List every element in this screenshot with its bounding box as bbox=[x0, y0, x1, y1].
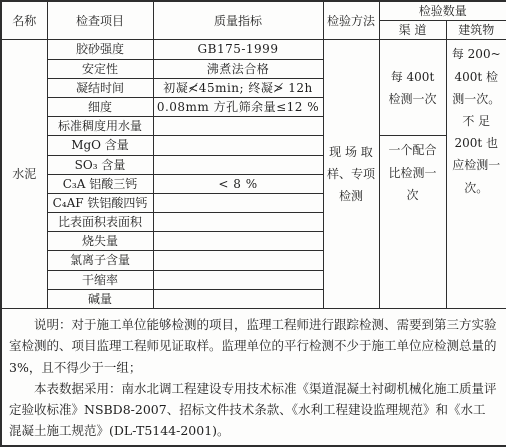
cell-item: 干缩率 bbox=[47, 270, 153, 289]
table-header: 名称 检查项目 质量指标 检验方法 检验数量 渠 道 建筑物 bbox=[1, 1, 506, 40]
cell-item: 碱量 bbox=[47, 289, 153, 308]
header-item: 检查项目 bbox=[47, 1, 153, 40]
cell-item: 烧失量 bbox=[47, 232, 153, 251]
note-paragraph-explanation: 说明：对于施工单位能够检测的项目，监理工程师进行跟踪检测、需要到第三方实验室检测… bbox=[9, 314, 497, 378]
header-indicator: 质量指标 bbox=[153, 1, 323, 40]
material-name: 水泥 bbox=[1, 40, 47, 309]
cell-item: C₃A 铝酸三钙 bbox=[47, 174, 153, 193]
cell-indicator bbox=[153, 193, 323, 212]
cell-item: 氯离子含量 bbox=[47, 251, 153, 270]
cell-indicator bbox=[153, 251, 323, 270]
cell-indicator bbox=[153, 213, 323, 232]
cell-channel-top: 每 400t 检测一次 bbox=[379, 40, 446, 136]
cell-indicator bbox=[153, 289, 323, 308]
cell-item: C₄AF 铁铝酸四钙 bbox=[47, 193, 153, 212]
cell-item: 胶砂强度 bbox=[47, 40, 153, 59]
cell-indicator: 初凝≮45min; 终凝≯ 12h bbox=[153, 78, 323, 97]
notes-cell: 说明：对于施工单位能够检测的项目，监理工程师进行跟踪检测、需要到第三方实验室检测… bbox=[1, 309, 506, 446]
cell-indicator bbox=[153, 136, 323, 155]
cell-indicator: GB175-1999 bbox=[153, 40, 323, 59]
cell-indicator: 沸煮法合格 bbox=[153, 59, 323, 78]
header-name: 名称 bbox=[1, 1, 47, 40]
header-method: 检验方法 bbox=[323, 1, 379, 40]
cell-channel-bottom: 一个配合 比检测一 次 bbox=[379, 136, 446, 309]
cell-indicator bbox=[153, 270, 323, 289]
table-row: MgO 含量 一个配合 比检测一 次 bbox=[1, 136, 506, 155]
cell-item: MgO 含量 bbox=[47, 136, 153, 155]
cell-item: 标准稠度用水量 bbox=[47, 117, 153, 136]
cell-indicator bbox=[153, 155, 323, 174]
cell-indicator bbox=[153, 232, 323, 251]
cell-item: SO₃ 含量 bbox=[47, 155, 153, 174]
inspection-table: 名称 检查项目 质量指标 检验方法 检验数量 渠 道 建筑物 水泥 胶砂强度 G… bbox=[0, 0, 506, 447]
note-paragraph-sources: 本表数据采用：南水北调工程建设专用技术标准《渠道混凝土衬砌机械化施工质量评定验收… bbox=[9, 378, 497, 442]
cell-method: 现 场 取 样、专项 检测 bbox=[323, 40, 379, 309]
header-quantity: 检验数量 bbox=[379, 1, 506, 21]
cell-indicator: 0.08mm 方孔筛余量≤12 % bbox=[153, 97, 323, 116]
cell-item: 凝结时间 bbox=[47, 78, 153, 97]
cell-indicator bbox=[153, 117, 323, 136]
table-row: 水泥 胶砂强度 GB175-1999 现 场 取 样、专项 检测 每 400t … bbox=[1, 40, 506, 59]
notes-row: 说明：对于施工单位能够检测的项目，监理工程师进行跟踪检测、需要到第三方实验室检测… bbox=[1, 309, 506, 446]
cell-item: 细度 bbox=[47, 97, 153, 116]
header-building: 建筑物 bbox=[446, 21, 506, 40]
cell-item: 安定性 bbox=[47, 59, 153, 78]
header-channel: 渠 道 bbox=[379, 21, 446, 40]
cell-building: 每 200~ 400t 检 测一次。 不 足 200t 也 应检测一 次。 bbox=[446, 40, 506, 309]
cell-item: 比表面积表面积 bbox=[47, 213, 153, 232]
cell-indicator: < 8 % bbox=[153, 174, 323, 193]
